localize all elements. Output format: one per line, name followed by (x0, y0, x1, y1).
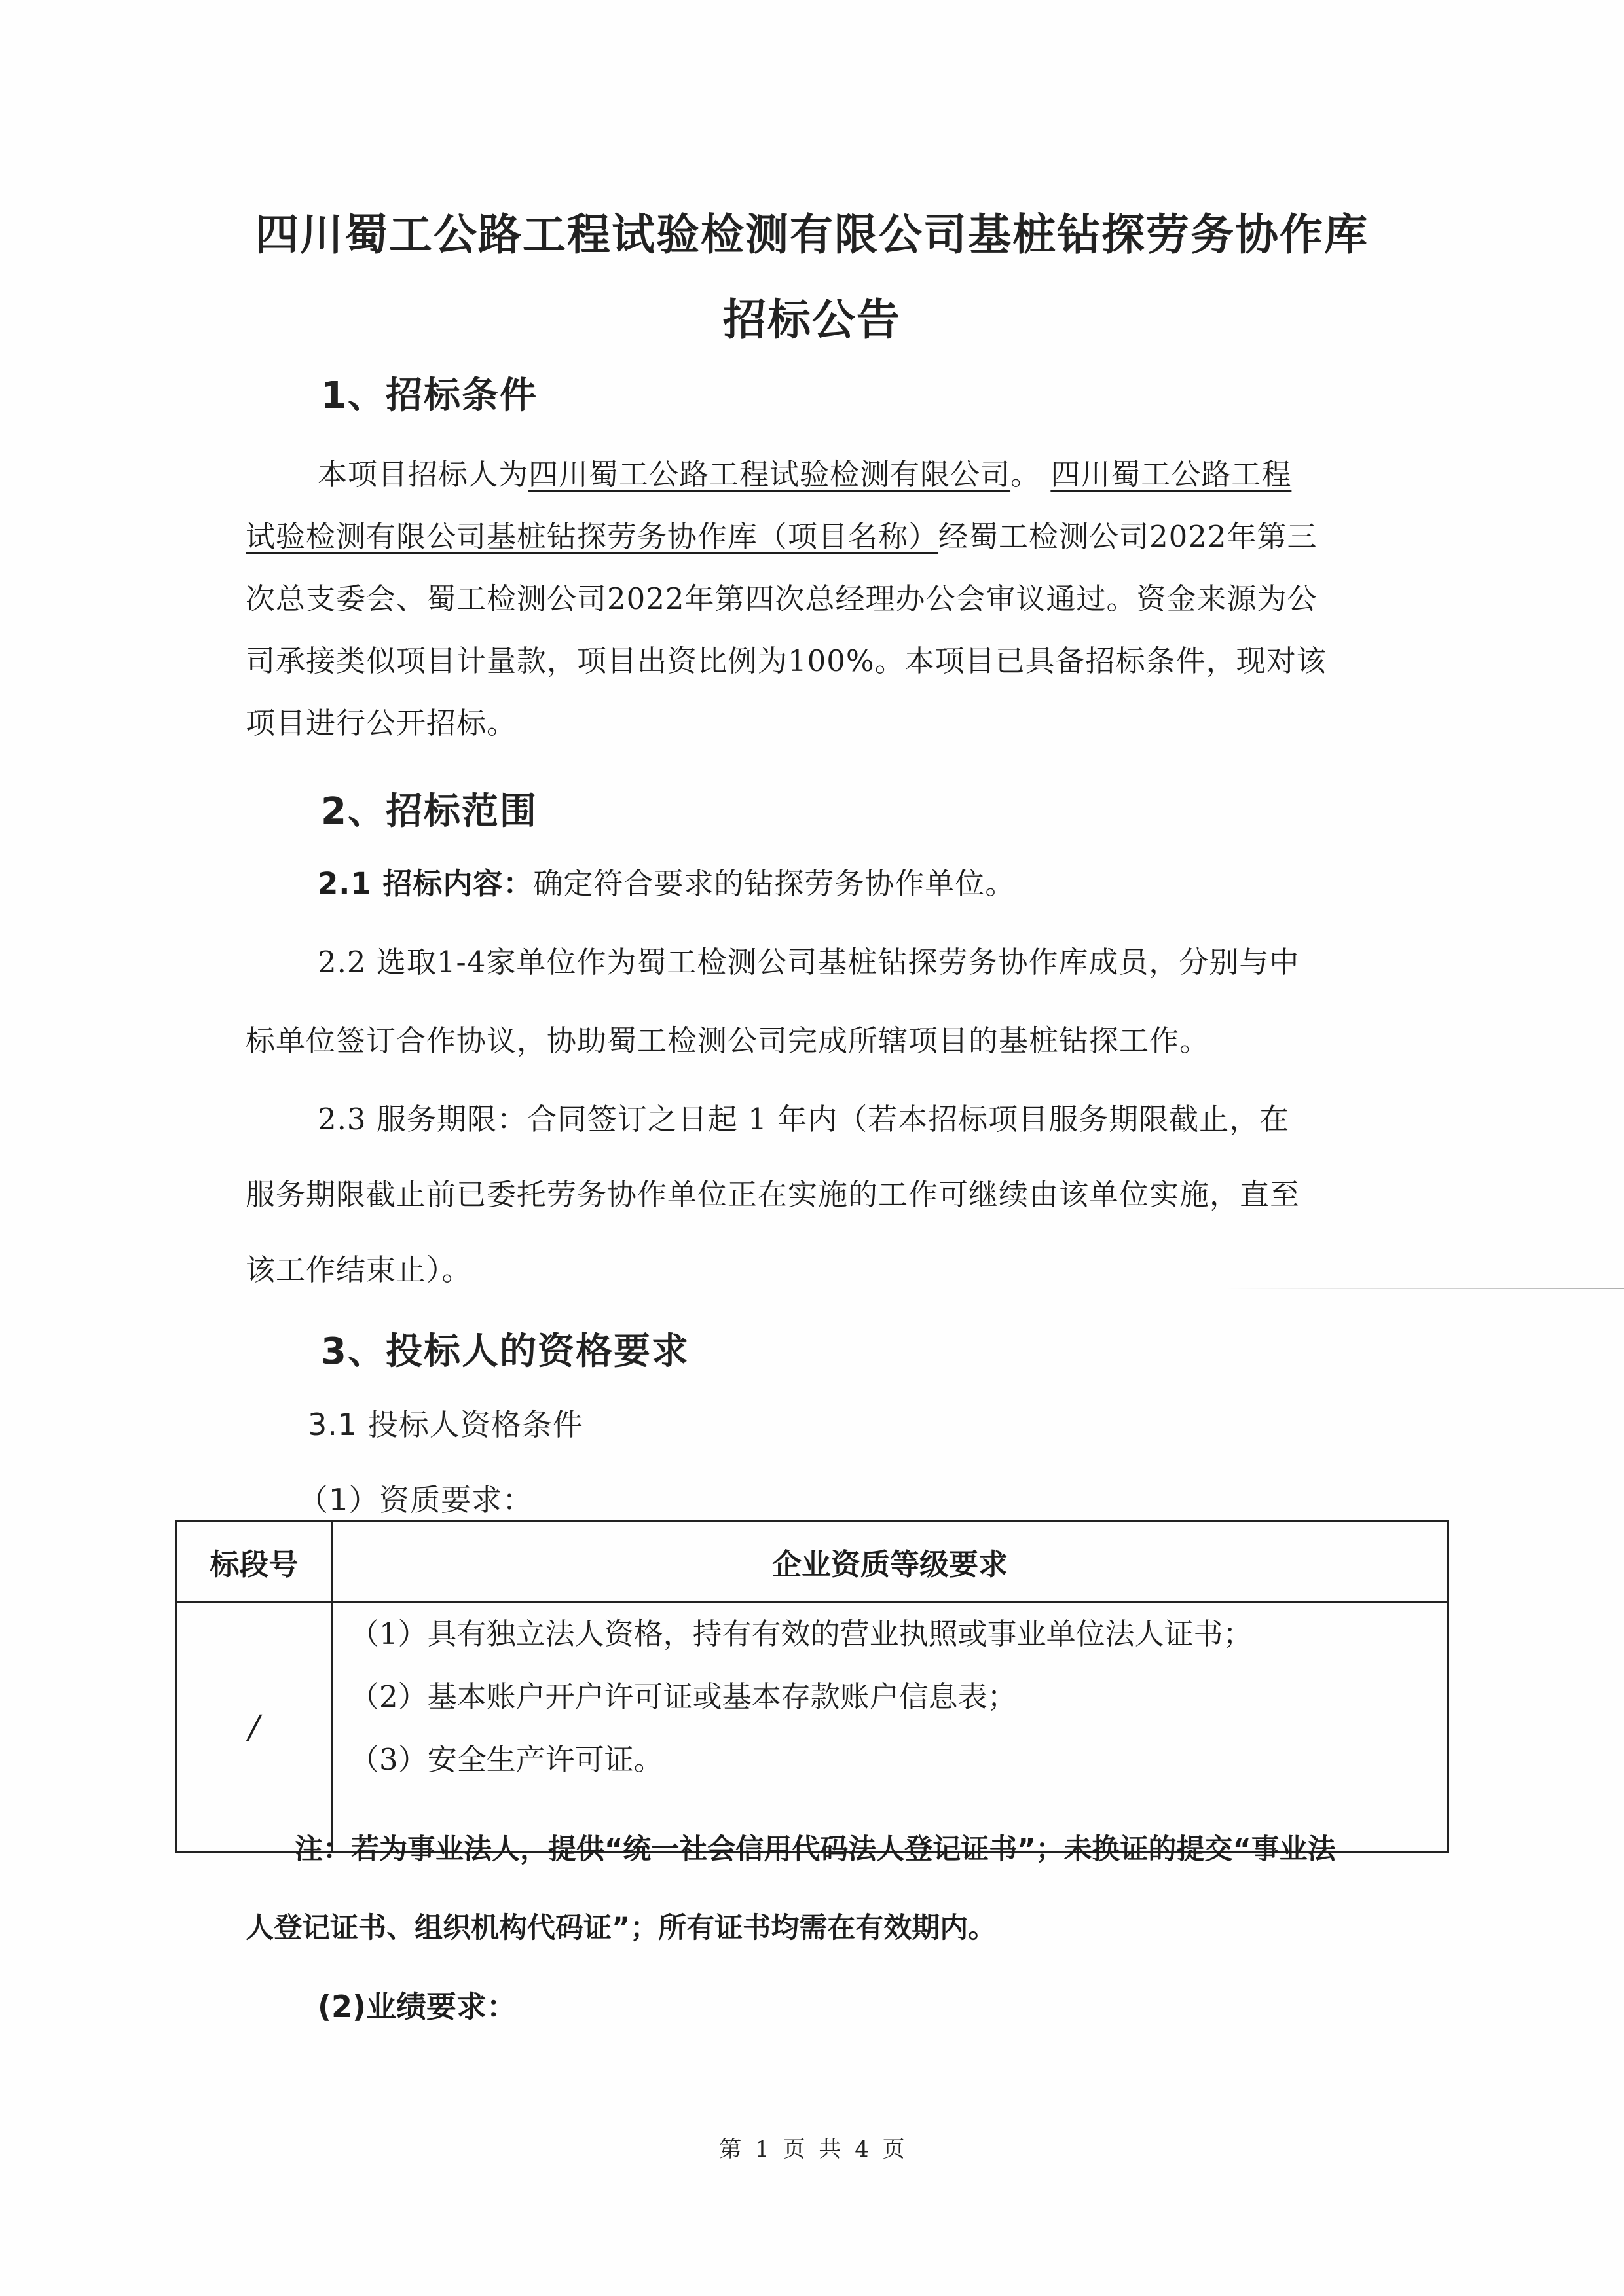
item-2-1-label: 2.1 招标内容： (318, 866, 533, 901)
section-1-paragraph-line-4: 司承接类似项目计量款，项目出资比例为100%。本项目已具备招标条件，现对该 (246, 642, 1327, 681)
page-footer: 第 1 页 共 4 页 (0, 2131, 1624, 2163)
document-page: 四川蜀工公路工程试验检测有限公司基桩钻探劳务协作库 招标公告 1、招标条件 本项… (0, 0, 1624, 2296)
text: 本项目招标人为 (318, 457, 528, 492)
subsection-3-1-heading: 3.1 投标人资格条件 (308, 1401, 583, 1444)
section-2-heading: 2、招标范围 (321, 782, 538, 835)
table-row: / （1）具有独立法人资格，持有有效的营业执照或事业单位法人证书； （2）基本账… (177, 1602, 1449, 1853)
item-2-3-line-1: 2.3 服务期限：合同签订之日起 1 年内（若本招标项目服务期限截止，在 (318, 1100, 1289, 1139)
section-1-paragraph-line-1: 本项目招标人为四川蜀工公路工程试验检测有限公司。 四川蜀工公路工程 (318, 455, 1291, 494)
requirement-item: （2）基本账户开户许可证或基本存款账户信息表； (350, 1677, 1447, 1717)
item-2-2-line-1: 2.2 选取1-4家单位作为蜀工检测公司基桩钻探劳务协作库成员，分别与中 (318, 943, 1299, 982)
item-2-2-line-2: 标单位签订合作协议，协助蜀工检测公司完成所辖项目的基桩钻探工作。 (246, 1021, 1209, 1061)
item-2-1: 2.1 招标内容：确定符合要求的钻探劳务协作单位。 (318, 864, 1015, 903)
requirement-item: （1）具有独立法人资格，持有有效的营业执照或事业单位法人证书； (350, 1614, 1447, 1654)
text: 。 (1010, 457, 1050, 492)
document-title: 四川蜀工公路工程试验检测有限公司基桩钻探劳务协作库 (0, 200, 1624, 262)
section-1-heading: 1、招标条件 (321, 367, 538, 419)
section-1-paragraph-line-3: 次总支委会、蜀工检测公司2022年第四次总经理办公会审议通过。资金来源为公 (246, 579, 1318, 619)
item-2-1-text: 确定符合要求的钻探劳务协作单位。 (533, 866, 1015, 901)
column-header-section-no: 标段号 (177, 1522, 332, 1602)
scan-artifact-line (1225, 1288, 1624, 1289)
requirements-cell: （1）具有独立法人资格，持有有效的营业执照或事业单位法人证书； （2）基本账户开… (332, 1602, 1449, 1853)
note-line-1: 注：若为事业法人，提供“统一社会信用代码法人登记证书”；未换证的提交“事业法 (295, 1830, 1336, 1869)
section-no-cell: / (177, 1602, 332, 1853)
qualification-label: （1）资质要求： (298, 1476, 533, 1520)
column-header-requirements: 企业资质等级要求 (332, 1522, 1449, 1602)
section-1-paragraph-line-2: 试验检测有限公司基桩钻探劳务协作库（项目名称）经蜀工检测公司2022年第三 (246, 517, 1318, 556)
tenderer-name: 四川蜀工公路工程试验检测有限公司 (528, 457, 1010, 492)
table-header-row: 标段号 企业资质等级要求 (177, 1522, 1449, 1602)
section-3-heading: 3、投标人的资格要求 (321, 1322, 690, 1375)
performance-requirements-label: (2)业绩要求： (318, 1987, 517, 2026)
document-subtitle: 招标公告 (0, 285, 1624, 347)
item-2-3-line-2: 服务期限截止前已委托劳务协作单位正在实施的工作可继续由该单位实施，直至 (246, 1175, 1300, 1214)
requirement-item: （3）安全生产许可证。 (350, 1740, 1447, 1779)
qualification-table: 标段号 企业资质等级要求 / （1）具有独立法人资格，持有有效的营业执照或事业单… (175, 1520, 1449, 1853)
note-line-2: 人登记证书、组织机构代码证”；所有证书均需在有效期内。 (246, 1908, 996, 1948)
text: 经蜀工检测公司2022年第三 (938, 519, 1318, 554)
project-name-part-1: 四川蜀工公路工程 (1050, 457, 1291, 492)
project-name-part-2: 试验检测有限公司基桩钻探劳务协作库（项目名称） (246, 519, 938, 554)
item-2-3-line-3: 该工作结束止）。 (246, 1250, 472, 1290)
section-1-paragraph-line-5: 项目进行公开招标。 (246, 704, 517, 743)
